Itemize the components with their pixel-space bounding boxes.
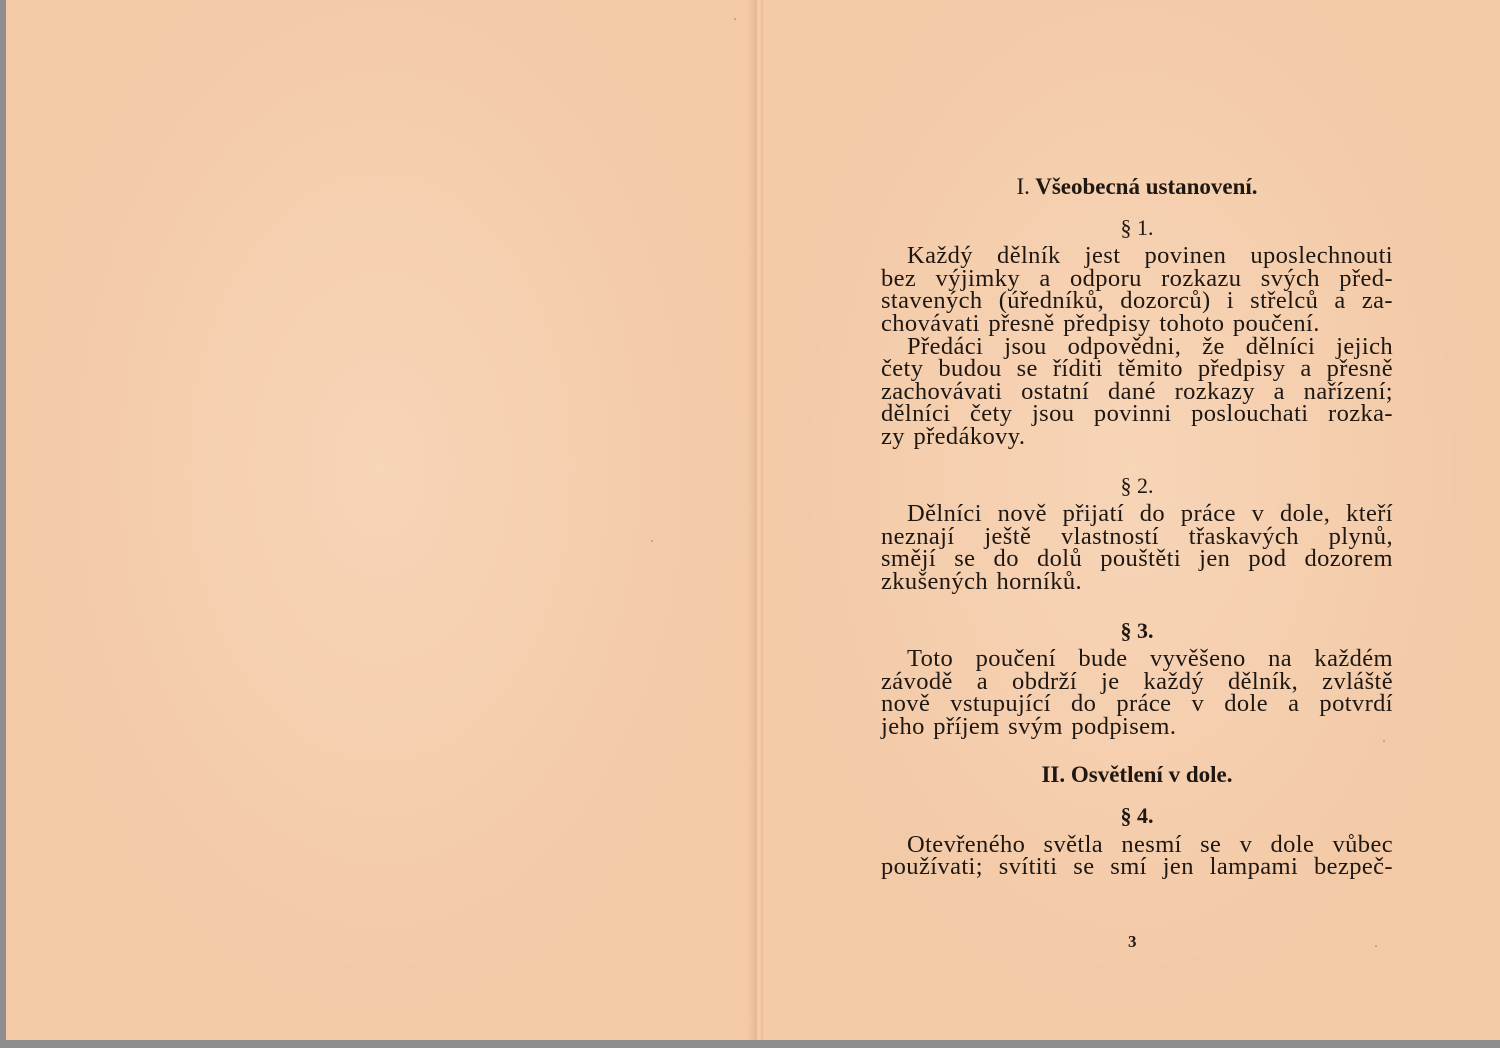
text-line: používati; svítiti se smí jen lampami be… [881,856,1393,879]
section-title: Všeobecná ustanovení. [1035,174,1257,199]
page-text: I. Všeobecná ustanovení. § 1. Každý děln… [881,170,1393,905]
section-numeral: II. [1041,762,1065,787]
text-line: zkušených horníků. [881,571,1393,594]
gutter-shadow [748,0,755,1040]
section-heading-1: I. Všeobecná ustanovení. [881,176,1393,199]
paragraph-mark: § 4. [881,805,1393,828]
right-page: I. Všeobecná ustanovení. § 1. Každý děln… [763,0,1500,1040]
section-heading-2: II. Osvětlení v dole. [881,764,1393,787]
paper-speck [1383,740,1385,742]
section-numeral: I. [1016,174,1029,199]
paragraph-4: § 4. Otevřeného světla nesmí se v dole v… [881,805,1393,879]
book-gutter [755,0,763,1040]
paragraph-mark: § 2. [881,475,1393,498]
paragraph-mark: § 1. [881,217,1393,240]
paper-speck [734,18,736,20]
text-line: jeho příjem svým podpisem. [881,716,1393,739]
section-title: Osvětlení v dole. [1071,762,1233,787]
paragraph-text: Toto poučení bude vyvěšeno na každém záv… [881,648,1393,738]
paper-speck [1375,945,1377,947]
paper-speck [651,540,653,542]
text-line: zy předákovy. [881,426,1393,449]
paragraph-mark: § 3. [881,620,1393,643]
paragraph-2: § 2. Dělníci nově přijatí do práce v dol… [881,475,1393,594]
paragraph-text: Otevřeného světla nesmí se v dole vůbec … [881,834,1393,879]
paragraph-3: § 3. Toto poučení bude vyvěšeno na každé… [881,620,1393,739]
left-page-blank [6,0,755,1040]
book-spread: I. Všeobecná ustanovení. § 1. Každý děln… [6,0,1500,1040]
paragraph-text: Každý dělník jest povinen uposlechnouti … [881,245,1393,448]
page-number: 3 [1128,932,1137,952]
paragraph-text: Dělníci nově přijatí do práce v dole, kt… [881,503,1393,593]
paragraph-1: § 1. Každý dělník jest povinen uposlechn… [881,217,1393,449]
